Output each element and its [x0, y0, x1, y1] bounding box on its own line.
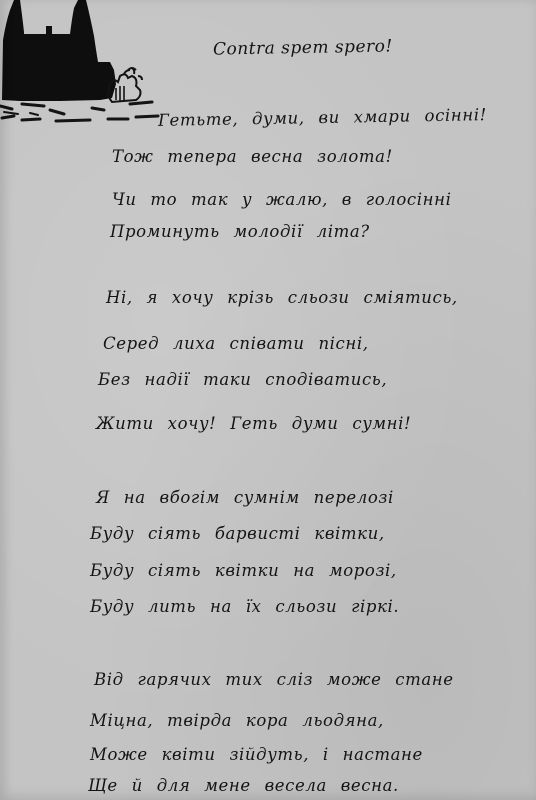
poem-line: Серед лиха співати пісні,	[103, 334, 369, 353]
poem-line: Чи то так у жалю, в голосінні	[112, 190, 451, 209]
poem-line: Жити хочу! Геть думи сумні!	[96, 414, 411, 433]
poem-line: Гетьте, думи, ви хмари осінні!	[158, 105, 487, 130]
poem-line: Проминуть молодії літа?	[110, 222, 370, 241]
poem-line: Може квіти зійдуть, і настане	[90, 745, 423, 764]
castle-silhouette-icon	[0, 0, 165, 125]
poem-line: Без надії таки сподіватись,	[98, 370, 387, 389]
poem-line: Буду лить на їх сльози гіркі.	[90, 597, 399, 616]
poem-line: Тож тепера весна золота!	[112, 147, 393, 166]
poem-line: Від гарячих тих сліз може стане	[94, 670, 454, 689]
poem-line: Буду сіять барвисті квітки,	[90, 524, 385, 543]
poem-title: Contra spem spero!	[213, 36, 393, 59]
poem-line: Міцна, твірда кора льодяна,	[90, 711, 384, 730]
poem-line: Ні, я хочу крізь сльози сміятись,	[106, 288, 458, 307]
poem-line: Ще й для мене весела весна.	[88, 776, 399, 795]
poem-line: Буду сіять квітки на морозі,	[90, 561, 397, 580]
manuscript-page: Contra spem spero! Гетьте, думи, ви хмар…	[0, 0, 536, 800]
poem-line: Я на вбогім сумнім перелозі	[96, 488, 394, 507]
